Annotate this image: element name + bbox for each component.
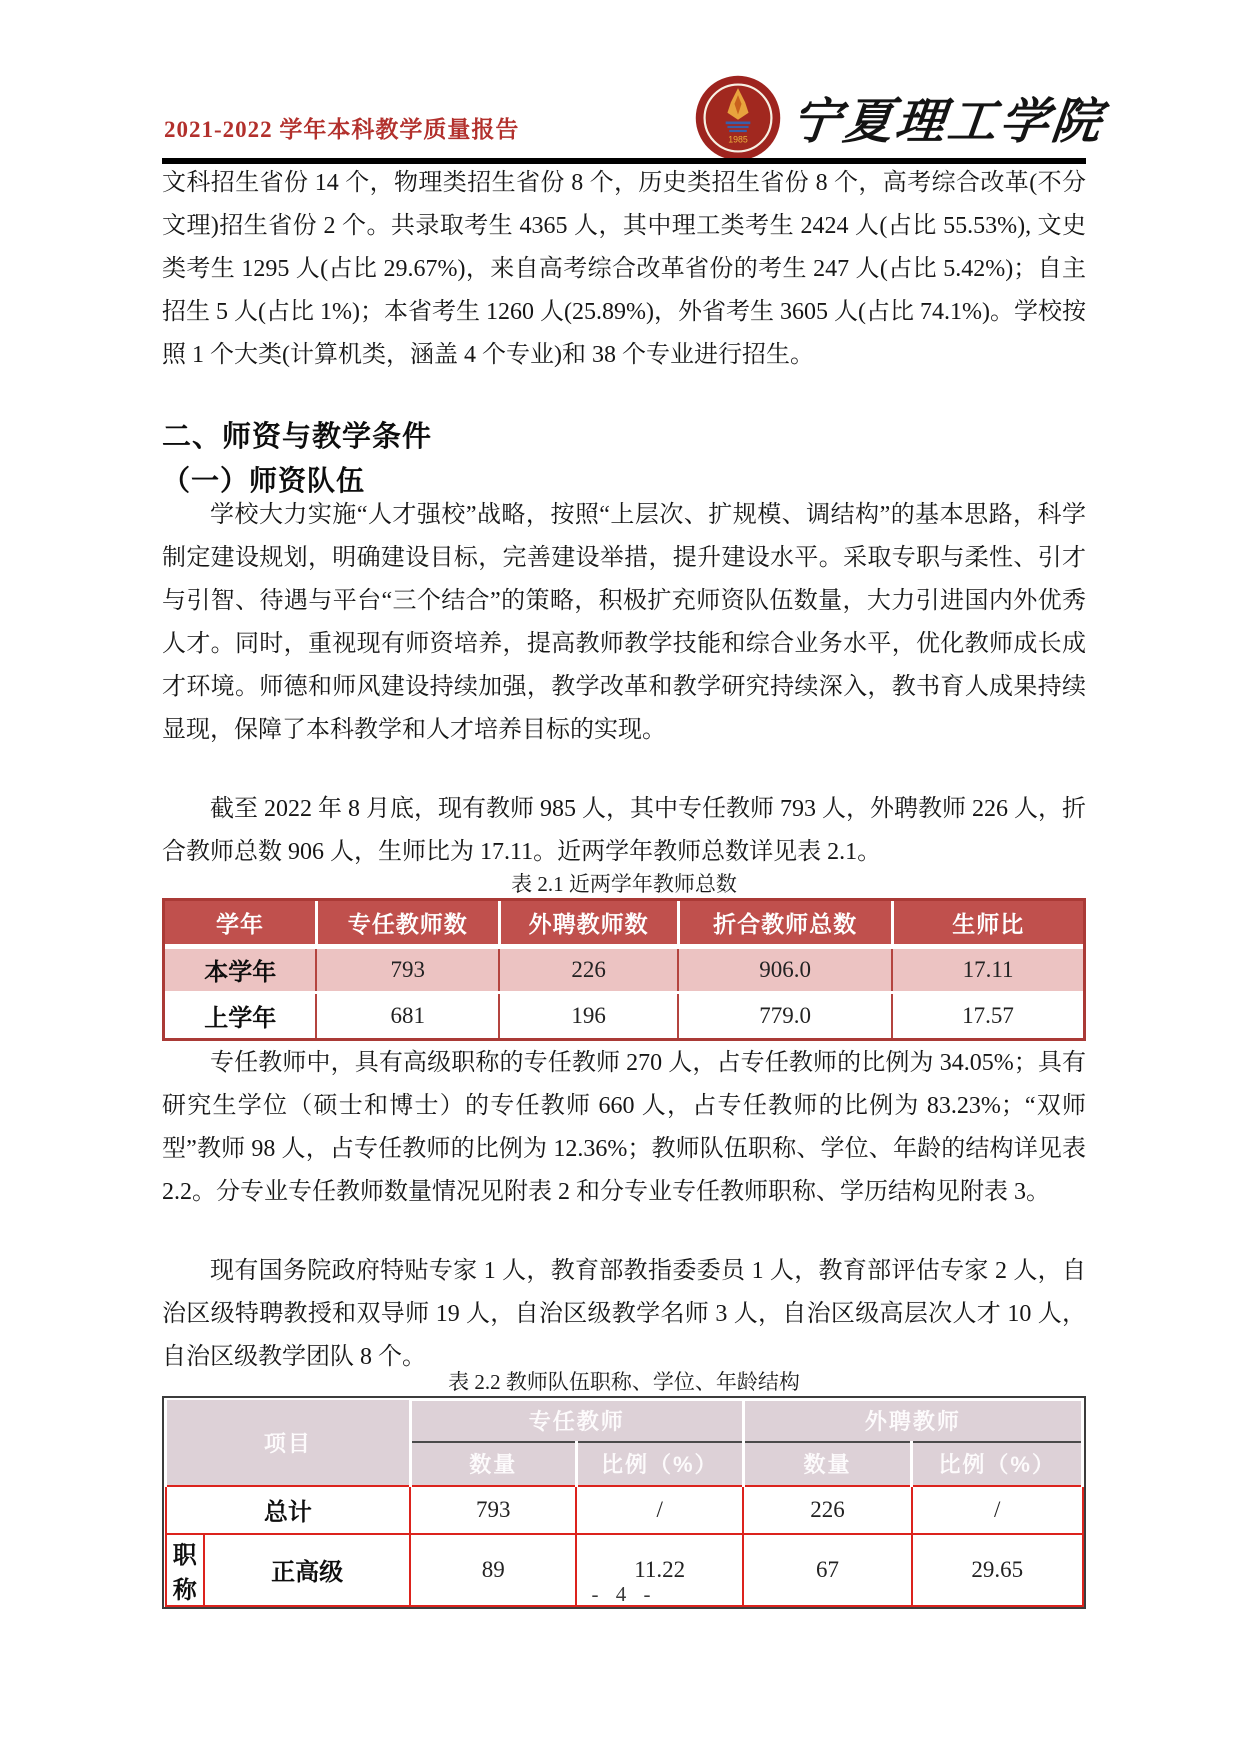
table-row-current-year: 本学年 793 226 906.0 17.11 (165, 946, 1083, 992)
cell: / (912, 1486, 1083, 1534)
table-row-total: 总计 793 / 226 / (166, 1486, 1083, 1534)
paragraph-admissions: 文科招生省份 14 个，物理类招生省份 8 个，历史类招生省份 8 个，高考综合… (162, 162, 1086, 377)
column-group-external-teachers: 外聘教师 (743, 1400, 1082, 1442)
page: 2021-2022 学年本科教学质量报告 1985 宁夏理工学院 文科招生省份 … (0, 0, 1240, 1753)
table-2-1-caption: 表 2.1 近两学年教师总数 (162, 870, 1086, 898)
column-group-fulltime-teachers: 专任教师 (410, 1400, 743, 1442)
page-footer: - 4 - (162, 1582, 1086, 1607)
cell: 793 (316, 946, 499, 992)
table-2-2: 项目 专任教师 外聘教师 数量 比例（%） 数量 比例（%） 总计 793 (162, 1396, 1086, 1609)
cell: / (576, 1486, 743, 1534)
paragraph-strategy: 学校大力实施“人才强校”战略，按照“上层次、扩规模、调结构”的基本思路，科学制定… (162, 494, 1086, 752)
column-header-student-teacher-ratio: 生师比 (892, 901, 1083, 946)
cell: 226 (499, 946, 678, 992)
table-2-2-header-row-groups: 项目 专任教师 外聘教师 (166, 1400, 1083, 1442)
table-row-previous-year: 上学年 681 196 779.0 17.57 (165, 992, 1083, 1038)
column-header-fulltime-teachers: 专任教师数 (316, 901, 499, 946)
cell: 793 (410, 1486, 576, 1534)
cell: 17.11 (892, 946, 1083, 992)
column-header-count: 数量 (743, 1442, 912, 1486)
column-header-count: 数量 (410, 1442, 576, 1486)
school-logo: 1985 宁夏理工学院 (694, 74, 1104, 162)
cell: 681 (316, 992, 499, 1038)
section-heading: 二、师资与教学条件 (162, 414, 432, 460)
row-label: 上学年 (165, 992, 316, 1038)
column-header-converted-total: 折合教师总数 (678, 901, 892, 946)
row-label: 总计 (166, 1486, 411, 1534)
cell: 196 (499, 992, 678, 1038)
column-header-item: 项目 (166, 1400, 411, 1486)
paragraph-teacher-titles: 专任教师中，具有高级职称的专任教师 270 人，占专任教师的比例为 34.05%… (162, 1042, 1086, 1214)
school-seal-icon: 1985 (694, 74, 782, 162)
column-header-ratio: 比例（%） (912, 1442, 1083, 1486)
page-header: 2021-2022 学年本科教学质量报告 1985 宁夏理工学院 (162, 0, 1086, 158)
column-header-ratio: 比例（%） (576, 1442, 743, 1486)
paragraph-teacher-count: 截至 2022 年 8 月底，现有教师 985 人，其中专任教师 793 人，外… (162, 788, 1086, 874)
paragraph-experts: 现有国务院政府特贴专家 1 人，教育部教指委委员 1 人，教育部评估专家 2 人… (162, 1250, 1086, 1379)
table-2-1: 学年 专任教师数 外聘教师数 折合教师总数 生师比 本学年 793 226 90… (162, 898, 1086, 1041)
page-number: - 4 - (592, 1582, 657, 1606)
cell: 226 (743, 1486, 912, 1534)
cell: 906.0 (678, 946, 892, 992)
row-label: 本学年 (165, 946, 316, 992)
school-name-calligraphy: 宁夏理工学院 (788, 83, 1107, 153)
table-2-1-header-row: 学年 专任教师数 外聘教师数 折合教师总数 生师比 (165, 901, 1083, 946)
table-2-2-caption: 表 2.2 教师队伍职称、学位、年龄结构 (162, 1368, 1086, 1396)
report-title: 2021-2022 学年本科教学质量报告 (164, 111, 519, 144)
column-header-external-teachers: 外聘教师数 (499, 901, 678, 946)
cell: 17.57 (892, 992, 1083, 1038)
cell: 779.0 (678, 992, 892, 1038)
column-header-school-year: 学年 (165, 901, 316, 946)
page-content: 2021-2022 学年本科教学质量报告 1985 宁夏理工学院 文科招生省份 … (162, 0, 1086, 1753)
svg-text:1985: 1985 (728, 135, 748, 145)
